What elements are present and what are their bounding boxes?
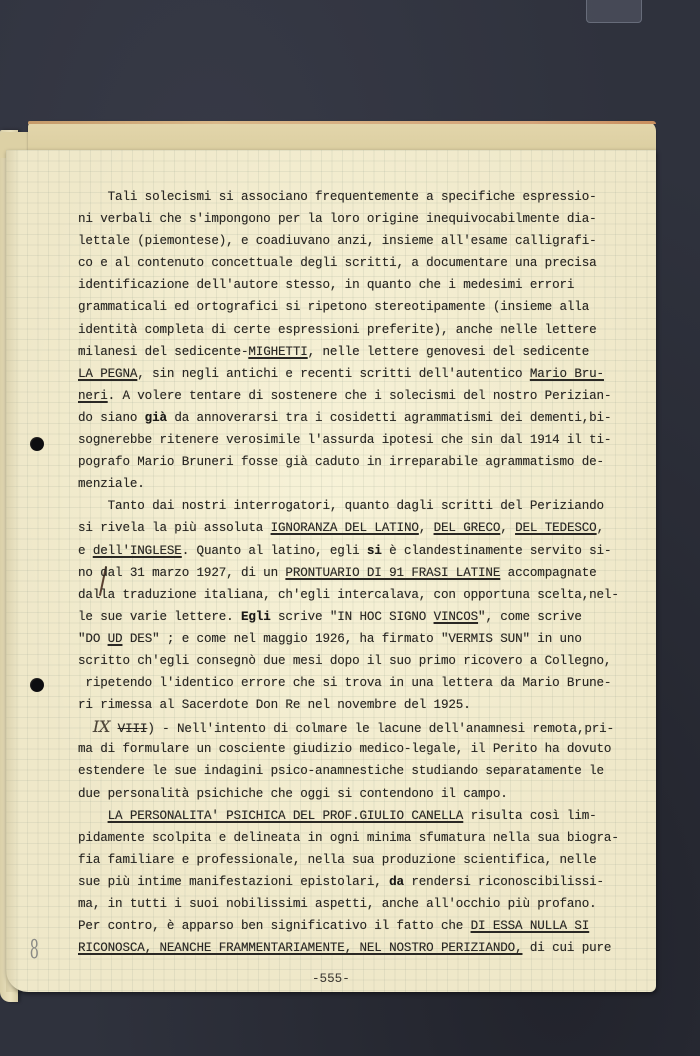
text-line: pidamente scolpita e delineata in ogni m… bbox=[78, 827, 653, 849]
text-line: no dal 31 marzo 1927, di un PRONTUARIO D… bbox=[78, 562, 653, 584]
text-line: Tali solecismi si associano frequentemen… bbox=[78, 186, 653, 208]
text-run: milanesi del sedicente- bbox=[78, 345, 248, 359]
text-run: le sue varie lettere. bbox=[78, 610, 241, 624]
text-run: ni verbali che s'impongono per la loro o… bbox=[78, 212, 597, 226]
underlined-emphasis: LA PEGNA bbox=[78, 367, 137, 381]
underlined-emphasis: UD bbox=[108, 632, 123, 646]
underlined-emphasis: VINCOS bbox=[434, 610, 478, 624]
underlined-emphasis: RICONOSCA, NEANCHE FRAMMENTARIAMENTE, NE… bbox=[78, 941, 522, 955]
text-run: rendersi riconoscibilissi- bbox=[404, 875, 604, 889]
overtyped-correction: da bbox=[389, 875, 404, 889]
text-run: sue più intime manifestazioni epistolari… bbox=[78, 875, 389, 889]
text-line: grammaticali ed ortografici si ripetono … bbox=[78, 296, 653, 318]
text-line: milanesi del sedicente-MIGHETTI, nelle l… bbox=[78, 341, 653, 363]
text-run: no dal 31 marzo 1927, di un bbox=[78, 566, 285, 580]
text-run bbox=[110, 722, 117, 736]
underlined-emphasis: DEL TEDESCO bbox=[515, 521, 596, 535]
text-run: . A volere tentare di sostenere che i so… bbox=[108, 389, 612, 403]
text-line: Per contro, è apparso ben significativo … bbox=[78, 915, 653, 937]
text-line: fia familiare e professionale, nella sua… bbox=[78, 849, 653, 871]
underlined-emphasis: IGNORANZA DEL LATINO bbox=[271, 521, 419, 535]
text-line: RICONOSCA, NEANCHE FRAMMENTARIAMENTE, NE… bbox=[78, 937, 653, 959]
pencil-annotation: 8 bbox=[30, 935, 39, 965]
text-line: neri. A volere tentare di sostenere che … bbox=[78, 385, 653, 407]
text-line: LA PEGNA, sin negli antichi e recenti sc… bbox=[78, 363, 653, 385]
underlined-emphasis: DI ESSA NULLA SI bbox=[471, 919, 590, 933]
text-run: identità completa di certe espressioni p… bbox=[78, 323, 597, 337]
text-line: do siano già da annoverarsi tra i coside… bbox=[78, 407, 653, 429]
text-run: , sin negli antichi e recenti scritti de… bbox=[137, 367, 530, 381]
page-number: -555- bbox=[312, 972, 350, 986]
text-run: DES" ; e come nel maggio 1926, ha firmat… bbox=[122, 632, 581, 646]
underlined-emphasis: DEL GRECO bbox=[434, 521, 501, 535]
text-run: . Quanto al latino, egli bbox=[182, 544, 367, 558]
text-run: , nelle lettere genovesi del sedicente bbox=[308, 345, 590, 359]
text-run: lettale (piemontese), e coadiuvano anzi,… bbox=[78, 234, 597, 248]
text-run: , bbox=[597, 521, 604, 535]
text-line: due personalità psichiche che oggi si co… bbox=[78, 783, 653, 805]
text-run: da annoverarsi tra i cosidetti agrammati… bbox=[167, 411, 611, 425]
text-line: identificazione dell'autore stesso, in q… bbox=[78, 274, 653, 296]
underlined-emphasis: PRONTUARIO DI 91 FRASI LATINE bbox=[285, 566, 500, 580]
body-text: Tali solecismi si associano frequentemen… bbox=[78, 186, 653, 959]
text-line: Tanto dai nostri interrogatori, quanto d… bbox=[78, 495, 653, 517]
underlined-emphasis: LA PERSONALITA' PSICHICA DEL PROF.GIULIO… bbox=[108, 809, 464, 823]
text-run: grammaticali ed ortografici si ripetono … bbox=[78, 300, 589, 314]
text-run: do siano bbox=[78, 411, 145, 425]
text-run: ma, in tutti i suoi nobilissimi aspetti,… bbox=[78, 897, 597, 911]
text-run: risulta così lim- bbox=[463, 809, 596, 823]
text-run: accompagnate bbox=[500, 566, 596, 580]
text-line: le sue varie lettere. Egli scrive "IN HO… bbox=[78, 606, 653, 628]
text-run: identificazione dell'autore stesso, in q… bbox=[78, 278, 574, 292]
text-line: sognerebbe ritenere verosimile l'assurda… bbox=[78, 429, 653, 451]
text-line: e dell'INGLESE. Quanto al latino, egli s… bbox=[78, 540, 653, 562]
text-run bbox=[78, 809, 108, 823]
punch-hole-lower bbox=[30, 678, 44, 692]
text-line: scritto ch'egli consegnò due mesi dopo i… bbox=[78, 650, 653, 672]
text-run: , bbox=[500, 521, 515, 535]
overtyped-correction: si bbox=[367, 544, 382, 558]
text-run: sognerebbe ritenere verosimile l'assurda… bbox=[78, 433, 611, 447]
text-line: ma, in tutti i suoi nobilissimi aspetti,… bbox=[78, 893, 653, 915]
underlined-emphasis: Mario Bru- bbox=[530, 367, 604, 381]
text-line: menziale. bbox=[78, 473, 653, 495]
text-run: ma di formulare un cosciente giudizio me… bbox=[78, 742, 611, 756]
text-run: due personalità psichiche che oggi si co… bbox=[78, 787, 508, 801]
punch-hole-upper bbox=[30, 437, 44, 451]
text-line: dalla traduzione italiana, ch'egli inter… bbox=[78, 584, 653, 606]
text-run: estendere le sue indagini psico-anamnest… bbox=[78, 764, 604, 778]
text-run: scrive "IN HOC SIGNO bbox=[271, 610, 434, 624]
text-run: co e al contenuto concettuale degli scri… bbox=[78, 256, 597, 270]
text-line: IX VIII) - Nell'intento di colmare le la… bbox=[78, 716, 653, 738]
text-line: co e al contenuto concettuale degli scri… bbox=[78, 252, 653, 274]
handwritten-roman-numeral: IX bbox=[93, 717, 110, 736]
typewritten-page: Tali solecismi si associano frequentemen… bbox=[6, 150, 656, 992]
text-run: "DO bbox=[78, 632, 108, 646]
text-run: Per contro, è apparso ben significativo … bbox=[78, 919, 471, 933]
underlined-emphasis: MIGHETTI bbox=[248, 345, 307, 359]
underlined-emphasis: dell'INGLESE bbox=[93, 544, 182, 558]
text-line: ni verbali che s'impongono per la loro o… bbox=[78, 208, 653, 230]
text-line: pografo Mario Bruneri fosse già caduto i… bbox=[78, 451, 653, 473]
underlined-emphasis: neri bbox=[78, 389, 108, 403]
text-line: LA PERSONALITA' PSICHICA DEL PROF.GIULIO… bbox=[78, 805, 653, 827]
text-run: pografo Mario Bruneri fosse già caduto i… bbox=[78, 455, 604, 469]
text-run: si rivela la più assoluta bbox=[78, 521, 271, 535]
text-run: ", come scrive bbox=[478, 610, 582, 624]
text-run: e bbox=[78, 544, 93, 558]
text-line: sue più intime manifestazioni epistolari… bbox=[78, 871, 653, 893]
text-run: Tanto dai nostri interrogatori, quanto d… bbox=[78, 499, 604, 513]
text-run bbox=[78, 722, 93, 736]
text-run: è clandestinamente servito si- bbox=[382, 544, 612, 558]
struck-out-text: VIII bbox=[118, 722, 148, 736]
text-line: ma di formulare un cosciente giudizio me… bbox=[78, 738, 653, 760]
text-line: ri rimessa al Sacerdote Don Re nel novem… bbox=[78, 694, 653, 716]
text-line: ripetendo l'identico errore che si trova… bbox=[78, 672, 653, 694]
text-line: lettale (piemontese), e coadiuvano anzi,… bbox=[78, 230, 653, 252]
text-run: ri rimessa al Sacerdote Don Re nel novem… bbox=[78, 698, 471, 712]
text-line: "DO UD DES" ; e come nel maggio 1926, ha… bbox=[78, 628, 653, 650]
text-run: ) - Nell'intento di colmare le lacune de… bbox=[147, 722, 614, 736]
binder-clip bbox=[586, 0, 642, 23]
text-run: , bbox=[419, 521, 434, 535]
text-run: fia familiare e professionale, nella sua… bbox=[78, 853, 597, 867]
text-line: si rivela la più assoluta IGNORANZA DEL … bbox=[78, 517, 653, 539]
page-edge-shadow bbox=[6, 150, 20, 992]
text-line: identità completa di certe espressioni p… bbox=[78, 319, 653, 341]
text-run: pidamente scolpita e delineata in ogni m… bbox=[78, 831, 619, 845]
text-run: scritto ch'egli consegnò due mesi dopo i… bbox=[78, 654, 611, 668]
overtyped-correction: Egli bbox=[241, 610, 271, 624]
text-run: menziale. bbox=[78, 477, 145, 491]
text-line: estendere le sue indagini psico-anamnest… bbox=[78, 760, 653, 782]
text-run: dalla traduzione italiana, ch'egli inter… bbox=[78, 588, 619, 602]
overtyped-correction: già bbox=[145, 411, 167, 425]
text-run: ripetendo l'identico errore che si trova… bbox=[78, 676, 611, 690]
text-run: Tali solecismi si associano frequentemen… bbox=[78, 190, 597, 204]
text-run: di cui pure bbox=[522, 941, 611, 955]
